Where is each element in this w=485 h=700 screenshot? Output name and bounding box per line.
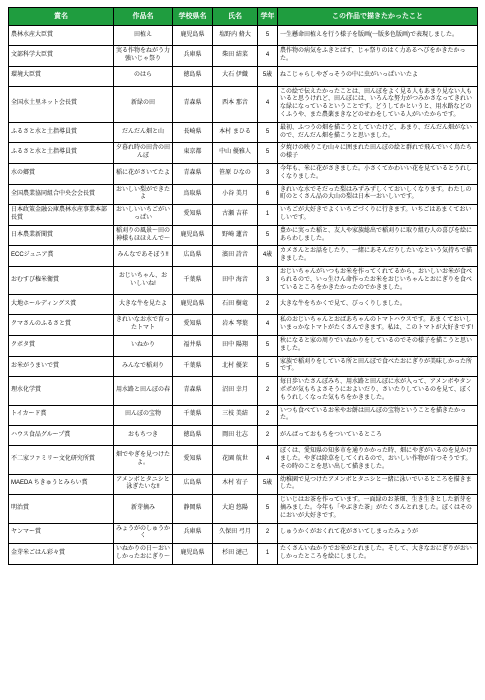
- cell-grade: 5歳: [258, 474, 278, 495]
- cell-award: 日本農業新聞賞: [9, 225, 114, 246]
- cell-name: 石田 樹竜: [213, 295, 258, 315]
- cell-name: 田中 陽翔: [213, 336, 258, 357]
- cell-comment: しゅうかくがおくれて花がさいてしまったみょうが: [278, 523, 478, 544]
- cell-prefecture: 千葉県: [173, 267, 213, 295]
- cell-prefecture: 鹿児島県: [173, 544, 213, 565]
- cell-prefecture: 東京都: [173, 143, 213, 164]
- cell-prefecture: 兵庫県: [173, 523, 213, 544]
- cell-title: みょうがのしゅうかく: [114, 523, 173, 544]
- cell-comment: 大きな牛をちかくで見て、びっくりしました。: [278, 295, 478, 315]
- cell-title: だんだん畑と山: [114, 122, 173, 143]
- cell-award: 日本政策金融公庫農林水産事業本部長賞: [9, 205, 114, 226]
- cell-prefecture: 兵庫県: [173, 46, 213, 67]
- cell-grade: 2: [258, 426, 278, 446]
- cell-prefecture: 長崎県: [173, 122, 213, 143]
- cell-comment: いちごが大好きでよくいちごづくりに行きます。いちごはあまくておいしいです。: [278, 205, 478, 226]
- cell-award: 全国水土里ネット会長賞: [9, 86, 114, 122]
- cell-title: 大きな牛を見たよ: [114, 295, 173, 315]
- table-row: クボタ賞いねかり福井県田中 陽翔5秋になると家の周りでいねかりをしているのでその…: [9, 336, 478, 357]
- cell-name: 笹原 ひなの: [213, 164, 258, 185]
- cell-prefecture: 青森県: [173, 377, 213, 405]
- cell-name: 杉田 漣己: [213, 544, 258, 565]
- cell-title: 実る作物をねがう力強いじゃ祭り: [114, 46, 173, 67]
- cell-prefecture: 愛知県: [173, 205, 213, 226]
- table-row: 全国農業協同組合中央会会長賞おいしい梨ができたよ鳥取県小谷 美月6きれいな水でそ…: [9, 184, 478, 205]
- cell-award: ふるさと水と土指導員賞: [9, 143, 114, 164]
- table-row: 日本農業新聞賞稲刈りの風景〜田の神様もほほえんで〜鹿児島県野崎 蓮音5豊かに実っ…: [9, 225, 478, 246]
- cell-title: みんなであそぼう!!: [114, 246, 173, 267]
- table-row: 理水化学賞用水路と田んぼの春青森県沼田 幸月2毎日歩いたさんぽみち、用水路と田ん…: [9, 377, 478, 405]
- cell-name: 木村 宥子: [213, 474, 258, 495]
- cell-grade: 1: [258, 205, 278, 226]
- cell-award: ふるさと水と土指導員賞: [9, 122, 114, 143]
- cell-award: お米がうまいで賞: [9, 356, 114, 377]
- cell-award: 全国農業協同組合中央会会長賞: [9, 184, 114, 205]
- cell-prefecture: 千葉県: [173, 405, 213, 426]
- cell-name: 大石 伊織: [213, 66, 258, 86]
- cell-prefecture: 広島県: [173, 246, 213, 267]
- cell-prefecture: 鹿児島県: [173, 225, 213, 246]
- table-row: ハウス食品グループ賞おもちつき徳島県岡田 壮志2がんばっておもちをついているとこ…: [9, 426, 478, 446]
- cell-prefecture: 鹿児島県: [173, 26, 213, 46]
- cell-title: 新緑の田: [114, 86, 173, 122]
- cell-award: おむすび権米衛賞: [9, 267, 114, 295]
- awards-table: 賞名 作品名 学校県名 氏名 学年 この作品で描きたかったこと 農林水産大臣賞田…: [8, 7, 478, 565]
- table-row: 大地ホールディングス賞大きな牛を見たよ鹿児島県石田 樹竜2大きな牛をちかくで見て…: [9, 295, 478, 315]
- cell-title: 稲刈りの風景〜田の神様もほほえんで〜: [114, 225, 173, 246]
- cell-grade: 5: [258, 356, 278, 377]
- table-row: MAEDA ちきゅうとみらい賞アメンボとタニシと泳ぎたいな!!広島県木村 宥子5…: [9, 474, 478, 495]
- cell-name: 塩野内 脩大: [213, 26, 258, 46]
- table-row: ECCジュニア賞みんなであそぼう!!広島県濱田 詩音4歳カメさんとお話をしたり、…: [9, 246, 478, 267]
- cell-award: 明治賞: [9, 495, 114, 523]
- header-prefecture: 学校県名: [173, 8, 213, 26]
- cell-title: 田んぼの宝物: [114, 405, 173, 426]
- table-row: 農林水産大臣賞田植え鹿児島県塩野内 脩大5一生懸命田植えを行う様子を版画(一版多…: [9, 26, 478, 46]
- cell-title: 夕暮れ時の田舎の田んぼ: [114, 143, 173, 164]
- cell-award: 理水化学賞: [9, 377, 114, 405]
- header-comment: この作品で描きたかったこと: [278, 8, 478, 26]
- cell-grade: 2: [258, 405, 278, 426]
- header-name: 氏名: [213, 8, 258, 26]
- cell-grade: 3: [258, 267, 278, 295]
- cell-grade: 2: [258, 377, 278, 405]
- cell-grade: 5: [258, 495, 278, 523]
- cell-grade: 4: [258, 46, 278, 67]
- cell-name: 古瀬 吉祥: [213, 205, 258, 226]
- cell-comment: じいじはお茶を作っています。一面緑のお茶畑、生き生きとした新芽を摘みました。今年…: [278, 495, 478, 523]
- cell-title: 稲に花がさいてたよ: [114, 164, 173, 185]
- cell-grade: 5: [258, 336, 278, 357]
- cell-grade: 4歳: [258, 246, 278, 267]
- cell-comment: おじいちゃんがいつもお米を作ってくれてるから、おいしいお米が食べられるので、いっ…: [278, 267, 478, 295]
- cell-title: みんなで稲刈り: [114, 356, 173, 377]
- cell-name: 花園 航世: [213, 446, 258, 474]
- table-row: お米がうまいで賞みんなで稲刈り千葉県北村 優茉5家族で稲刈りをしている所と田んぼ…: [9, 356, 478, 377]
- cell-prefecture: 徳島県: [173, 66, 213, 86]
- cell-name: 柴田 結菜: [213, 46, 258, 67]
- cell-title: アメンボとタニシと泳ぎたいな!!: [114, 474, 173, 495]
- cell-award: ハウス食品グループ賞: [9, 426, 114, 446]
- cell-prefecture: 青森県: [173, 86, 213, 122]
- cell-grade: 1: [258, 544, 278, 565]
- cell-comment: 一生懸命田植えを行う様子を版画(一版多色版画)で表現しました。: [278, 26, 478, 46]
- cell-comment: カメさんとお話をしたり、一緒にあそんだりしたいなという気持ちで描きました。: [278, 246, 478, 267]
- awards-sheet: 賞名 作品名 学校県名 氏名 学年 この作品で描きたかったこと 農林水産大臣賞田…: [0, 0, 485, 565]
- cell-title: 用水路と田んぼの春: [114, 377, 173, 405]
- cell-award: 環境大臣賞: [9, 66, 114, 86]
- cell-award: ヤンマー賞: [9, 523, 114, 544]
- cell-award: 文部科学大臣賞: [9, 46, 114, 67]
- table-row: 日本政策金融公庫農林水産事業本部長賞おいしいいちごがいっぱい愛知県古瀬 吉祥1い…: [9, 205, 478, 226]
- header-title: 作品名: [114, 8, 173, 26]
- cell-comment: いつも食べているお米やお餅は田んぼの宝物ということを描きたかった。: [278, 405, 478, 426]
- cell-grade: 2: [258, 523, 278, 544]
- cell-name: 小谷 美月: [213, 184, 258, 205]
- cell-grade: 5: [258, 143, 278, 164]
- table-row: 水の郷賞稲に花がさいてたよ青森県笹原 ひなの3今年も、米に花がさきました。小さく…: [9, 164, 478, 185]
- header-row: 賞名 作品名 学校県名 氏名 学年 この作品で描きたかったこと: [9, 8, 478, 26]
- cell-award: 農林水産大臣賞: [9, 26, 114, 46]
- cell-prefecture: 千葉県: [173, 356, 213, 377]
- table-row: 全国水土里ネット会長賞新緑の田青森県西本 那音4この絵で伝えたかったことは、田ん…: [9, 86, 478, 122]
- table-row: おむすび権米衛賞おじいちゃん、おいしいね!千葉県田中 海音3おじいちゃんがいつも…: [9, 267, 478, 295]
- cell-grade: 5: [258, 225, 278, 246]
- cell-grade: 3: [258, 164, 278, 185]
- cell-name: 北村 優茉: [213, 356, 258, 377]
- cell-name: 田中 海音: [213, 267, 258, 295]
- cell-name: 岡田 壮志: [213, 426, 258, 446]
- cell-grade: 2: [258, 295, 278, 315]
- cell-title: 田植え: [114, 26, 173, 46]
- cell-comment: 農作物の病気をふきとばす、じゃ祭りのはく力あるへびをかきたかった。: [278, 46, 478, 67]
- cell-grade: 5: [258, 26, 278, 46]
- cell-title: いねかりの日〜おいしかったおにぎり〜: [114, 544, 173, 565]
- cell-name: 沼田 幸月: [213, 377, 258, 405]
- cell-comment: 最初、ふつうの畑を描こうとしていたけど、あまり、だんだん畑がないので、だんだん畑…: [278, 122, 478, 143]
- table-row: 明治賞新芽摘み静岡県大迫 悠陽5じいじはお茶を作っています。一面緑のお茶畑、生き…: [9, 495, 478, 523]
- cell-prefecture: 青森県: [173, 164, 213, 185]
- cell-prefecture: 鳥取県: [173, 184, 213, 205]
- cell-grade: 4: [258, 446, 278, 474]
- cell-prefecture: 徳島県: [173, 426, 213, 446]
- cell-name: 三枝 美結: [213, 405, 258, 426]
- table-row: 文部科学大臣賞実る作物をねがう力強いじゃ祭り兵庫県柴田 結菜4農作物の病気をふき…: [9, 46, 478, 67]
- cell-award: 大地ホールディングス賞: [9, 295, 114, 315]
- header-award: 賞名: [9, 8, 114, 26]
- cell-title: おもちつき: [114, 426, 173, 446]
- cell-award: 水の郷賞: [9, 164, 114, 185]
- cell-comment: 豊かに実った稲と、友人や家族総出で稲刈りに取り組む人の喜びを絵にあらわしました。: [278, 225, 478, 246]
- header-grade: 学年: [258, 8, 278, 26]
- cell-title: きれいなお水で育ったトマト: [114, 315, 173, 336]
- table-row: ヤンマー賞みょうがのしゅうかく兵庫県久保田 弓月2しゅうかくがおくれて花がさいて…: [9, 523, 478, 544]
- cell-comment: 毎日歩いたさんぽみち、用水路と田んぼに水が入って、アメンボやタンポポが気もちよさ…: [278, 377, 478, 405]
- cell-prefecture: 愛知県: [173, 446, 213, 474]
- cell-grade: 5歳: [258, 66, 278, 86]
- cell-award: ECCジュニア賞: [9, 246, 114, 267]
- table-row: トイカード賞田んぼの宝物千葉県三枝 美結2いつも食べているお米やお餅は田んぼの宝…: [9, 405, 478, 426]
- cell-prefecture: 鹿児島県: [173, 295, 213, 315]
- cell-title: おいしいいちごがいっぱい: [114, 205, 173, 226]
- cell-comment: たくさんいねかりでお米がとれました。そして、大きなおにぎりがおいしかったところを…: [278, 544, 478, 565]
- cell-comment: 家族で稲刈りをしている所と田んぼで食べたおにぎりが美味しかった所です。: [278, 356, 478, 377]
- cell-comment: 私のおじいちゃんとおばあちゃんのトマトハウスです。あまくておいしいまっかなトマト…: [278, 315, 478, 336]
- cell-comment: ぼくは、愛知県の知多市を通りかかった時、畑にやぎがいるのを見かけました。やぎは除…: [278, 446, 478, 474]
- table-row: 金芽米ごはん彩々賞いねかりの日〜おいしかったおにぎり〜鹿児島県杉田 漣己1たくさ…: [9, 544, 478, 565]
- cell-title: のはら: [114, 66, 173, 86]
- cell-grade: 4: [258, 315, 278, 336]
- cell-comment: 夕焼けの映りこむ山々に囲まれた田んぼの絵と群れで飛んでいく鳥たちの様子: [278, 143, 478, 164]
- cell-title: いねかり: [114, 336, 173, 357]
- cell-title: 新芽摘み: [114, 495, 173, 523]
- cell-award: トイカード賞: [9, 405, 114, 426]
- cell-comment: がんばっておもちをついているところ: [278, 426, 478, 446]
- cell-comment: 秋になると家の周りでいねかりをしているのでその様子を描こうと思いました。: [278, 336, 478, 357]
- cell-grade: 5: [258, 122, 278, 143]
- table-row: ふるさと水と土指導員賞夕暮れ時の田舎の田んぼ東京都中山 優雅人5夕焼けの映りこむ…: [9, 143, 478, 164]
- cell-name: 西本 那音: [213, 86, 258, 122]
- cell-prefecture: 広島県: [173, 474, 213, 495]
- cell-name: 岩本 琴葉: [213, 315, 258, 336]
- cell-comment: 今年も、米に花がさきました。小さくてかわいい花を見ているとうれしくなりました。: [278, 164, 478, 185]
- cell-comment: きれいな水でそだった梨はみずみずしくておいしくなります。わたしの町のとくさん品の…: [278, 184, 478, 205]
- cell-title: おいしい梨ができたよ: [114, 184, 173, 205]
- table-row: クマさんのふるさと賞きれいなお水で育ったトマト愛知県岩本 琴葉4私のおじいちゃん…: [9, 315, 478, 336]
- cell-comment: ねこじゃらしやざっそうの中に虫がいっぱいいたよ: [278, 66, 478, 86]
- cell-title: おじいちゃん、おいしいね!: [114, 267, 173, 295]
- cell-award: クボタ賞: [9, 336, 114, 357]
- cell-award: 金芽米ごはん彩々賞: [9, 544, 114, 565]
- cell-grade: 4: [258, 86, 278, 122]
- cell-name: 野崎 蓮音: [213, 225, 258, 246]
- cell-name: 大迫 悠陽: [213, 495, 258, 523]
- table-row: ふるさと水と土指導員賞だんだん畑と山長崎県本村 まひる5最初、ふつうの畑を描こう…: [9, 122, 478, 143]
- cell-prefecture: 愛知県: [173, 315, 213, 336]
- cell-prefecture: 福井県: [173, 336, 213, 357]
- cell-grade: 6: [258, 184, 278, 205]
- cell-comment: 幼稚園で見つけたアメンボとタニシと一緒に泳いでいるところを描きました。: [278, 474, 478, 495]
- cell-award: MAEDA ちきゅうとみらい賞: [9, 474, 114, 495]
- cell-prefecture: 静岡県: [173, 495, 213, 523]
- table-row: 環境大臣賞のはら徳島県大石 伊織5歳ねこじゃらしやざっそうの中に虫がいっぱいいた…: [9, 66, 478, 86]
- cell-comment: この絵で伝えたかったことは、田んぼをよく見る人もあまり見ない人もいると思うけれど…: [278, 86, 478, 122]
- cell-award: クマさんのふるさと賞: [9, 315, 114, 336]
- cell-name: 濱田 詩音: [213, 246, 258, 267]
- table-row: 不二家ファミリー文化研究所賞畑でやぎを見つけたよ。愛知県花園 航世4ぼくは、愛知…: [9, 446, 478, 474]
- cell-name: 中山 優雅人: [213, 143, 258, 164]
- cell-title: 畑でやぎを見つけたよ。: [114, 446, 173, 474]
- cell-award: 不二家ファミリー文化研究所賞: [9, 446, 114, 474]
- cell-name: 本村 まひる: [213, 122, 258, 143]
- table-body: 農林水産大臣賞田植え鹿児島県塩野内 脩大5一生懸命田植えを行う様子を版画(一版多…: [9, 26, 478, 565]
- cell-name: 久保田 弓月: [213, 523, 258, 544]
